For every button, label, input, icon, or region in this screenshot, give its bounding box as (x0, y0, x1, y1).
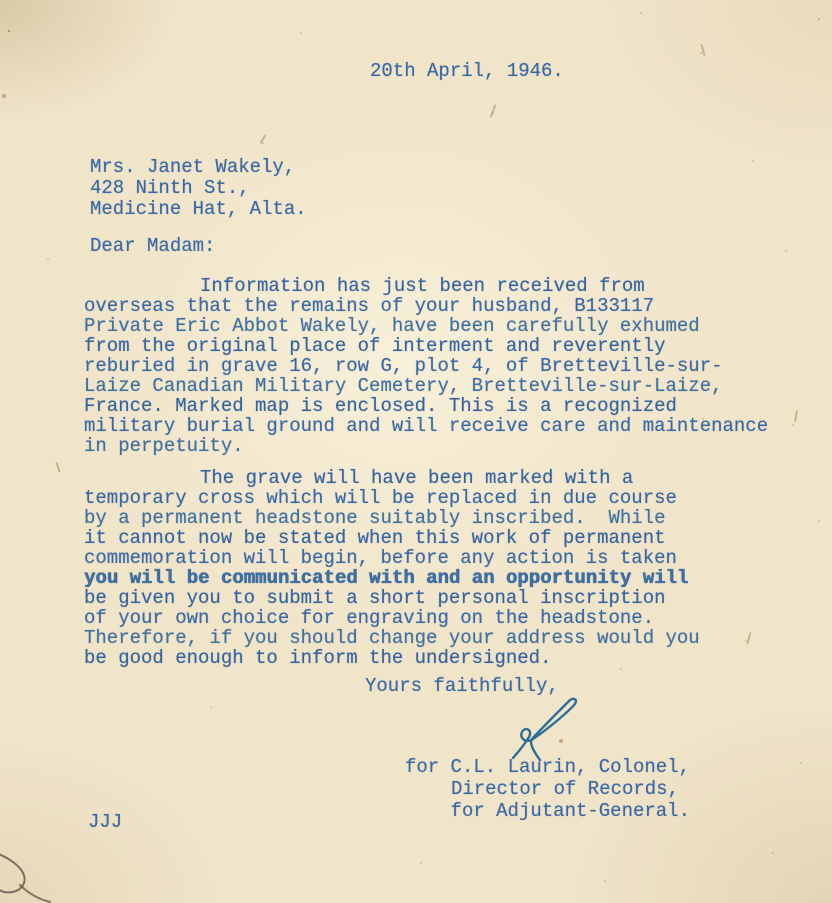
paper-fiber (746, 632, 751, 644)
typed-line: temporary cross which will be replaced i… (84, 488, 700, 508)
paper-fiber (55, 462, 60, 472)
typed-line: The grave will have been marked with a (84, 468, 700, 488)
paper-fiber (794, 410, 798, 422)
typed-line: it cannot now be stated when this work o… (84, 528, 700, 548)
typed-line: Information has just been received from (84, 276, 768, 296)
typed-line: be good enough to inform the undersigned… (84, 648, 700, 668)
typed-line: military burial ground and will receive … (84, 416, 768, 436)
pencil-mark (0, 845, 64, 903)
address-line: Medicine Hat, Alta. (90, 199, 307, 220)
signature-block: for C.L. Laurin, Colonel, Director of Re… (405, 756, 690, 822)
letter-date: 20th April, 1946. (370, 61, 564, 81)
paper-fiber (700, 44, 705, 56)
address-line: 428 Ninth St., (90, 178, 307, 199)
signoff-line: for Adjutant-General. (405, 800, 690, 822)
paper-fiber (490, 104, 496, 118)
signoff-line: for C.L. Laurin, Colonel, (405, 756, 690, 778)
typed-line: by a permanent headstone suitably inscri… (84, 508, 700, 528)
recipient-address: Mrs. Janet Wakely, 428 Ninth St., Medici… (90, 157, 307, 220)
paper-fiber (260, 134, 266, 143)
body-paragraph-2: The grave will have been marked with a t… (84, 468, 700, 668)
signoff-line: Director of Records, (405, 778, 690, 800)
typed-line: Private Eric Abbot Wakely, have been car… (84, 316, 768, 336)
typed-line: Therefore, if you should change your add… (84, 628, 700, 648)
typed-line: overseas that the remains of your husban… (84, 296, 768, 316)
salutation: Dear Madam: (90, 236, 215, 256)
typed-line: reburied in grave 16, row G, plot 4, of … (84, 356, 768, 376)
typed-line: Laize Canadian Military Cemetery, Brette… (84, 376, 768, 396)
typist-initials: JJJ (88, 812, 122, 832)
typed-line: commemoration will begin, before any act… (84, 548, 700, 568)
typed-line-emphasized: you will be communicated with and an opp… (84, 568, 700, 588)
body-paragraph-1: Information has just been received from … (84, 276, 768, 456)
typed-line: France. Marked map is enclosed. This is … (84, 396, 768, 416)
typed-line: in perpetuity. (84, 436, 768, 456)
typed-line: of your own choice for engraving on the … (84, 608, 700, 628)
paper-speckles (0, 0, 2, 2)
typed-line: from the original place of interment and… (84, 336, 768, 356)
address-line: Mrs. Janet Wakely, (90, 157, 307, 178)
typed-line: be given you to submit a short personal … (84, 588, 700, 608)
letter-document: 20th April, 1946. Mrs. Janet Wakely, 428… (0, 0, 832, 903)
